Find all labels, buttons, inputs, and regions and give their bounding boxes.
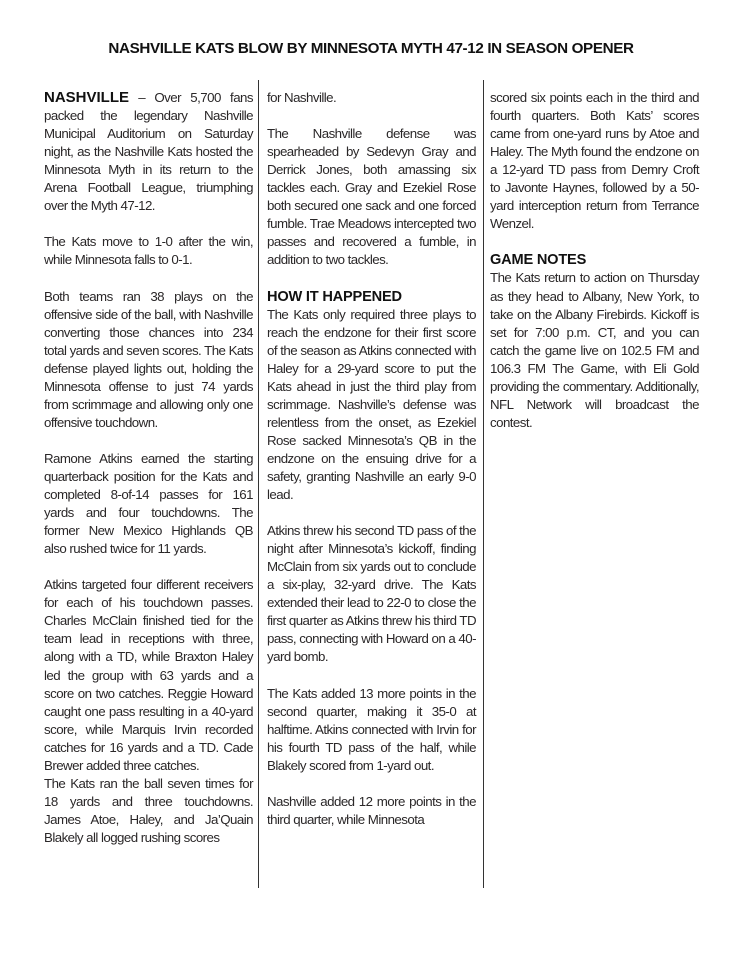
paragraph: The Kats ran the ball seven times for 18… [44,775,253,847]
section-heading-game-notes: GAME NOTES [490,251,699,269]
paragraph: The Nashville defense was spearheaded by… [267,125,476,269]
dateline: NASHVILLE [44,89,129,106]
lead-paragraph: NASHVILLE – Over 5,700 fans packed the l… [44,89,253,215]
paragraph: Ramone Atkins earned the starting quarte… [44,450,253,558]
lead-text: – Over 5,700 fans packed the legendary N… [44,90,253,213]
paragraph: Atkins targeted four different receivers… [44,576,253,775]
article-headline: NASHVILLE KATS BLOW BY MINNESOTA MYTH 47… [0,40,742,57]
paragraph: Nashville added 12 more points in the th… [267,793,476,829]
paragraph: The Kats added 13 more points in the sec… [267,685,476,775]
paragraph: Atkins threw his second TD pass of the n… [267,522,476,666]
column-rule [258,80,259,888]
column-rule [483,80,484,888]
article-column-3: scored six points each in the third and … [490,89,699,432]
paragraph: The Kats only required three plays to re… [267,306,476,505]
paragraph-continued: for Nashville. [267,89,476,107]
section-heading-how-it-happened: HOW IT HAPPENED [267,288,476,306]
article-column-1: NASHVILLE – Over 5,700 fans packed the l… [44,89,253,847]
paragraph-continued: scored six points each in the third and … [490,89,699,233]
paragraph: The Kats return to action on Thursday as… [490,269,699,431]
paragraph: The Kats move to 1-0 after the win, whil… [44,233,253,269]
paragraph: Both teams ran 38 plays on the offensive… [44,288,253,432]
article-column-2: for Nashville. The Nashville defense was… [267,89,476,829]
